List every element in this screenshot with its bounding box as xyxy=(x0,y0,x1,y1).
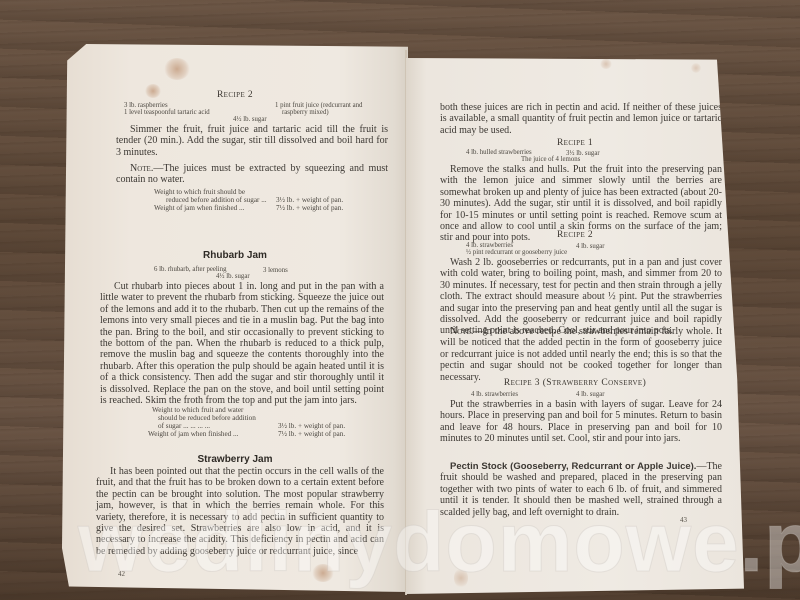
weight-label: Weight of jam when finished ... xyxy=(148,430,238,438)
weight-label: should be reduced before addition xyxy=(158,414,256,422)
weight-label: reduced before addition of sugar ... xyxy=(166,196,267,204)
recipe-1-heading: Recipe 1 xyxy=(406,138,744,148)
recipe-2-body: Wash 2 lb. gooseberries or redcurrants, … xyxy=(440,257,722,337)
ingredient: 4½ lb. sugar xyxy=(216,273,250,281)
pectin-stock-title: Pectin Stock (Gooseberry, Redcurrant or … xyxy=(450,461,696,472)
weight-label: Weight of jam when finished ... xyxy=(154,204,244,212)
rhubarb-jam-body: Cut rhubarb into pieces about 1 in. long… xyxy=(100,281,384,406)
recipe-3-body: Put the strawberries in a basin with lay… xyxy=(440,399,722,445)
rhubarb-jam-heading: Rhubarb Jam xyxy=(62,250,408,261)
stain xyxy=(691,63,701,73)
recipe-2-body: Simmer the fruit, fruit juice and tartar… xyxy=(116,124,388,158)
watermark: wedlinydomowe.pl xyxy=(78,500,800,584)
recipe-2-note: Note.—In the above recipe the strawberri… xyxy=(440,326,722,383)
weight-label: Weight to which fruit and water xyxy=(152,406,243,414)
ingredient: 4 lb. strawberries xyxy=(471,391,518,399)
ingredient: 4 lb. sugar xyxy=(576,391,605,399)
note-text: —The juices must be extracted by squeezi… xyxy=(116,163,388,185)
note-label: Note. xyxy=(450,326,473,337)
note-label: Note. xyxy=(130,163,153,174)
note-text: —In the above recipe the strawberries re… xyxy=(440,326,722,383)
stain xyxy=(164,58,190,80)
recipe-2-heading: Recipe 2 xyxy=(406,230,744,240)
ingredient: 3 lemons xyxy=(263,267,288,275)
ingredient: 1 level teaspoonful tartaric acid xyxy=(124,109,210,117)
stain xyxy=(600,59,612,69)
continuation-text: both these juices are rich in pectin and… xyxy=(440,102,722,136)
ingredient: The juice of 4 lemons xyxy=(521,156,580,164)
ingredient: ½ pint redcurrant or gooseberry juice xyxy=(466,249,567,257)
ingredient: 4½ lb. sugar xyxy=(233,116,267,124)
weight-label: of sugar ... ... ... ... xyxy=(158,422,210,430)
recipe-2-heading: Recipe 2 xyxy=(62,90,408,100)
recipe-3-heading: Recipe 3 (Strawberry Conserve) xyxy=(406,378,744,388)
weight-value: 7½ lb. + weight of pan. xyxy=(278,430,345,438)
recipe-2-note: Note.—The juices must be extracted by sq… xyxy=(116,163,388,186)
weight-value: 3½ lb. + weight of pan. xyxy=(276,196,343,204)
ingredient: raspberry mixed) xyxy=(282,109,329,117)
ingredient: 4 lb. sugar xyxy=(576,243,605,251)
weight-value: 3½ lb. + weight of pan. xyxy=(278,422,345,430)
weight-value: 7½ lb. + weight of pan. xyxy=(276,204,343,212)
strawberry-jam-heading: Strawberry Jam xyxy=(62,454,408,465)
weight-label: Weight to which fruit should be xyxy=(154,188,245,196)
